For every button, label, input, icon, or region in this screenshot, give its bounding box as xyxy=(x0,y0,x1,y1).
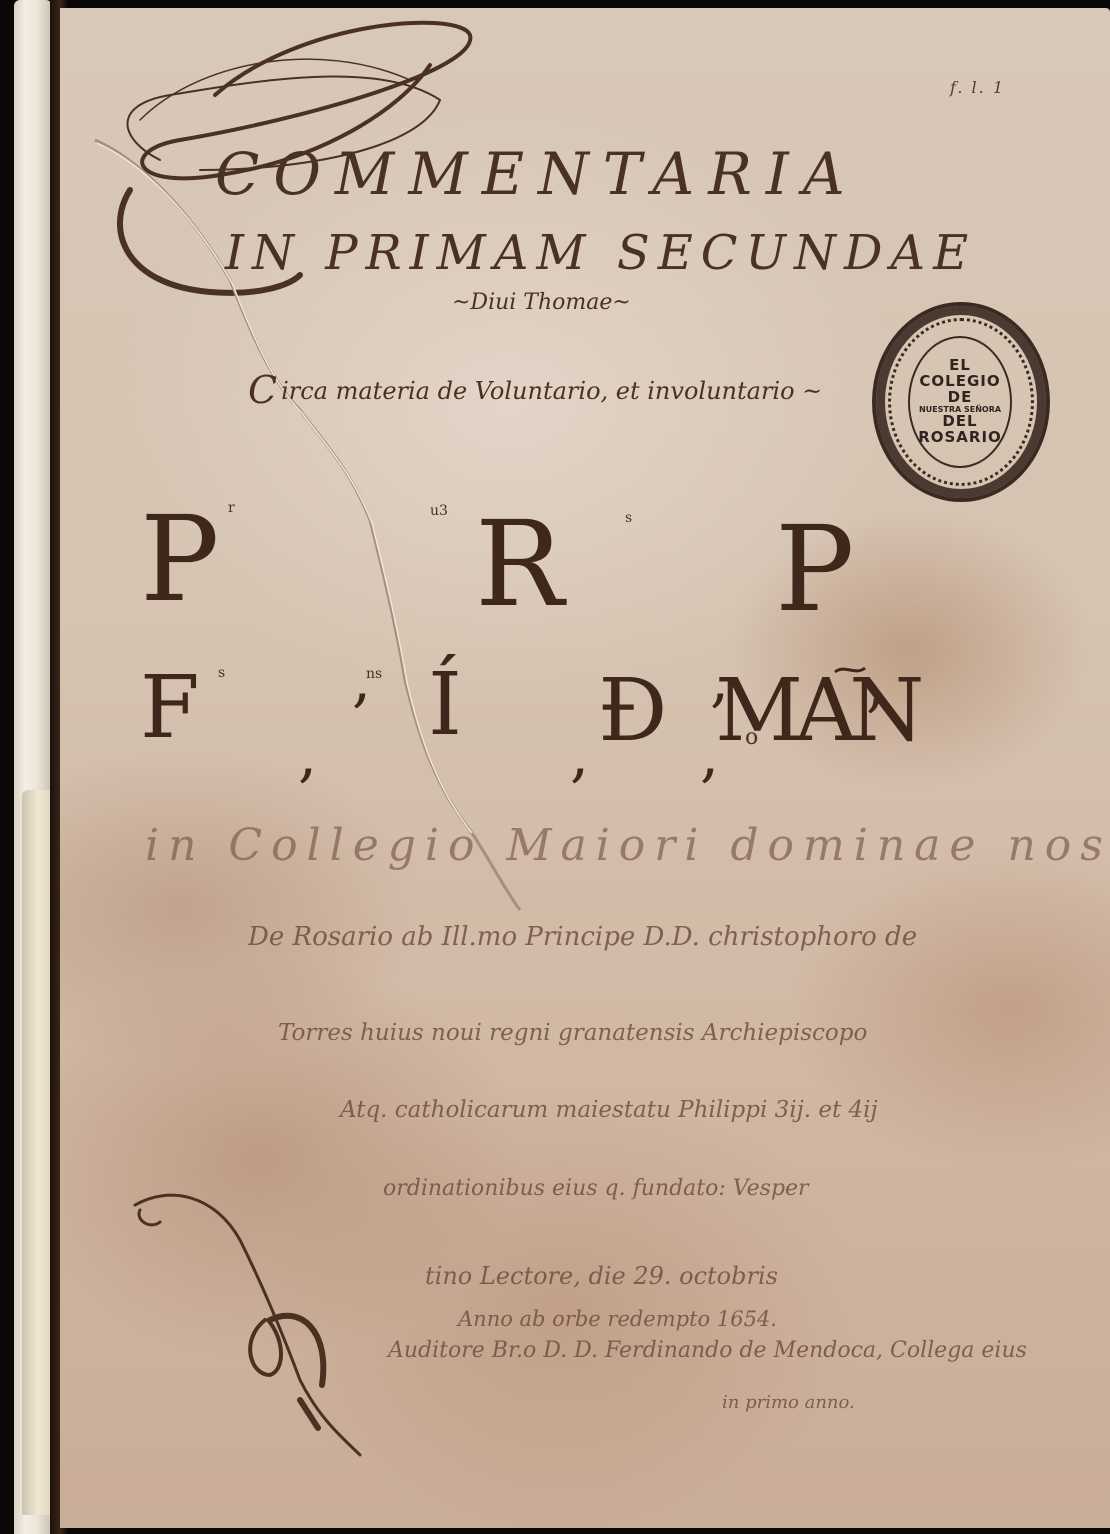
body-line-5: tino Lectore, die 29. octobris xyxy=(425,1262,778,1290)
foliation-number: f. l. 1 xyxy=(950,78,1005,97)
initial-sup: ns xyxy=(366,666,382,682)
initial-p-1: P xyxy=(140,500,219,618)
stamp-line: ROSARIO xyxy=(918,430,1002,446)
body-line-2: Torres huius noui regni granatensis Arch… xyxy=(278,1020,867,1046)
body-line-8: in primo anno. xyxy=(722,1392,855,1413)
initial-sup: s xyxy=(625,510,632,526)
body-line-1: De Rosario ab Ill.mo Principe D.D. chris… xyxy=(248,922,917,952)
initial-d: Đ xyxy=(598,668,667,754)
ornate-college-line: in Collegio Maiori dominae nostrae xyxy=(145,820,1110,871)
subtitle-initial: C xyxy=(248,368,277,412)
title-line-1: COMMENTARIA xyxy=(215,140,859,208)
library-stamp: EL COLEGIO DE NUESTRA SEÑORA DEL ROSARIO xyxy=(872,302,1050,502)
initial-i: Í xyxy=(428,662,462,748)
body-line-3: Atq. catholicarum maiestatu Philippi 3ij… xyxy=(340,1097,878,1123)
stamp-line: DE xyxy=(948,390,973,406)
stamp-text: EL COLEGIO DE NUESTRA SEÑORA DEL ROSARIO xyxy=(908,336,1012,468)
comma: , xyxy=(570,725,589,785)
subtitle: Circa materia de Voluntario, et involunt… xyxy=(248,368,822,412)
title-line-3: ~Diui Thomae~ xyxy=(452,290,631,315)
body-line-4: ordinationibus eius q. fundato: Vesper xyxy=(383,1176,809,1201)
initial-f: F xyxy=(140,665,200,751)
initial-sup: r xyxy=(228,500,235,516)
body-line-7: Auditore Br.o D. D. Ferdinando de Mendoc… xyxy=(388,1338,1027,1363)
initial-sup: u3 xyxy=(430,503,448,519)
initial-sup: s xyxy=(218,665,225,681)
body-line-6: Anno ab orbe redempto 1654. xyxy=(458,1307,777,1331)
comma: , xyxy=(298,725,317,785)
title-line-2: IN PRIMAM SECUNDAE xyxy=(225,225,976,281)
initial-p-2: P xyxy=(775,510,854,628)
subtitle-text: irca materia de Voluntario, et involunta… xyxy=(281,377,822,405)
initial-sup: o xyxy=(745,725,758,750)
initial-r: R xyxy=(475,505,564,623)
